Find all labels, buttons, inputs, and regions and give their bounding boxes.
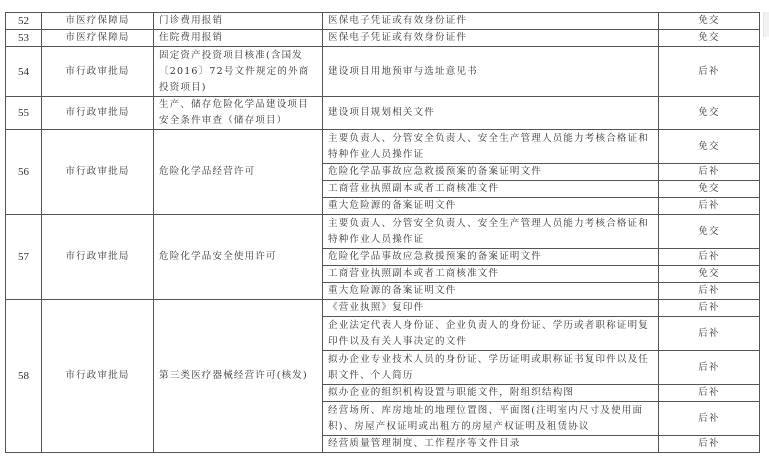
- material-name: 重大危险源的备案证明文件: [323, 283, 659, 300]
- material-status: 免交: [659, 181, 760, 198]
- row-number: 54: [6, 47, 42, 97]
- material-name: 工商营业执照副本或者工商核准文件: [323, 266, 659, 283]
- material-name: 危险化学品事故应急救援预案的备案证明文件: [323, 249, 659, 266]
- material-status: 后补: [659, 47, 760, 97]
- material-status: 后补: [659, 385, 760, 402]
- row-number: 52: [6, 13, 42, 30]
- service-item: 住院费用报销: [154, 30, 323, 47]
- service-item: 生产、储存危险化学品建设项目安全条件审查（储存项目）: [154, 97, 323, 130]
- material-status: 后补: [659, 317, 760, 351]
- row-number: 55: [6, 97, 42, 130]
- material-name: 建设项目用地预审与选址意见书: [323, 47, 659, 97]
- table-row: 55 市行政审批局 生产、储存危险化学品建设项目安全条件审查（储存项目） 建设项…: [6, 97, 760, 130]
- row-number: 56: [6, 130, 42, 215]
- material-status: 免交: [659, 130, 760, 164]
- department: 市行政审批局: [42, 300, 154, 453]
- material-name: 医保电子凭证或有效身份证件: [323, 30, 659, 47]
- material-status: 后补: [659, 402, 760, 436]
- material-status: 后补: [659, 164, 760, 181]
- service-item: 固定资产投资项目核准(含国发〔2016〕72号文件规定的外商投资项目): [154, 47, 323, 97]
- material-name: 危险化学品事故应急救援预案的备案证明文件: [323, 164, 659, 181]
- material-name: 工商营业执照副本或者工商核准文件: [323, 181, 659, 198]
- material-status: 后补: [659, 351, 760, 385]
- material-name: 拟办企业的组织机构设置与职能文件，附组织结构图: [323, 385, 659, 402]
- table-row: 54 市行政审批局 固定资产投资项目核准(含国发〔2016〕72号文件规定的外商…: [6, 47, 760, 97]
- table-row: 53 市医疗保障局 住院费用报销 医保电子凭证或有效身份证件 免交: [6, 30, 760, 47]
- department: 市行政审批局: [42, 130, 154, 215]
- row-number: 57: [6, 215, 42, 300]
- material-name: 重大危险源的备案证明文件: [323, 198, 659, 215]
- material-status: 免交: [659, 30, 760, 47]
- material-name: 建设项目规划相关文件: [323, 97, 659, 130]
- material-name: 企业法定代表人身份证、企业负责人的身份证、学历或者职称证明复印件以及有关人事决定…: [323, 317, 659, 351]
- table-row: 58 市行政审批局 第三类医疗器械经营许可(核发) 《营业执照》复印件 后补: [6, 300, 760, 317]
- materials-table: 52 市医疗保障局 门诊费用报销 医保电子凭证或有效身份证件 免交 53 市医疗…: [5, 12, 760, 453]
- material-name: 拟办企业专业技术人员的身份证、学历证明或职称证书复印件以及任职文件、个人简历: [323, 351, 659, 385]
- service-item: 危险化学品经营许可: [154, 130, 323, 215]
- material-status: 后补: [659, 249, 760, 266]
- material-name: 主要负责人、分管安全负责人、安全生产管理人员能力考核合格证和特种作业人员操作证: [323, 130, 659, 164]
- department: 市行政审批局: [42, 47, 154, 97]
- department: 市行政审批局: [42, 97, 154, 130]
- service-item: 危险化学品安全使用许可: [154, 215, 323, 300]
- material-status: 后补: [659, 436, 760, 453]
- material-status: 后补: [659, 198, 760, 215]
- material-name: 《营业执照》复印件: [323, 300, 659, 317]
- page-edge-tab: [763, 12, 769, 37]
- material-name: 医保电子凭证或有效身份证件: [323, 13, 659, 30]
- material-status: 免交: [659, 215, 760, 249]
- row-number: 58: [6, 300, 42, 453]
- material-status: 免交: [659, 266, 760, 283]
- material-name: 经营质量管理制度、工作程序等文件目录: [323, 436, 659, 453]
- material-status: 免交: [659, 97, 760, 130]
- service-item: 门诊费用报销: [154, 13, 323, 30]
- material-name: 经营场所、库房地址的地理位置图、平面图(注明室内尺寸及使用面积)、房屋产权证明或…: [323, 402, 659, 436]
- table-row: 56 市行政审批局 危险化学品经营许可 主要负责人、分管安全负责人、安全生产管理…: [6, 130, 760, 164]
- material-name: 主要负责人、分管安全负责人、安全生产管理人员能力考核合格证和特种作业人员操作证: [323, 215, 659, 249]
- table-row: 52 市医疗保障局 门诊费用报销 医保电子凭证或有效身份证件 免交: [6, 13, 760, 30]
- service-item: 第三类医疗器械经营许可(核发): [154, 300, 323, 453]
- department: 市行政审批局: [42, 215, 154, 300]
- table-row: 57 市行政审批局 危险化学品安全使用许可 主要负责人、分管安全负责人、安全生产…: [6, 215, 760, 249]
- department: 市医疗保障局: [42, 30, 154, 47]
- material-status: 免交: [659, 13, 760, 30]
- row-number: 53: [6, 30, 42, 47]
- department: 市医疗保障局: [42, 13, 154, 30]
- material-status: 后补: [659, 300, 760, 317]
- material-status: 后补: [659, 283, 760, 300]
